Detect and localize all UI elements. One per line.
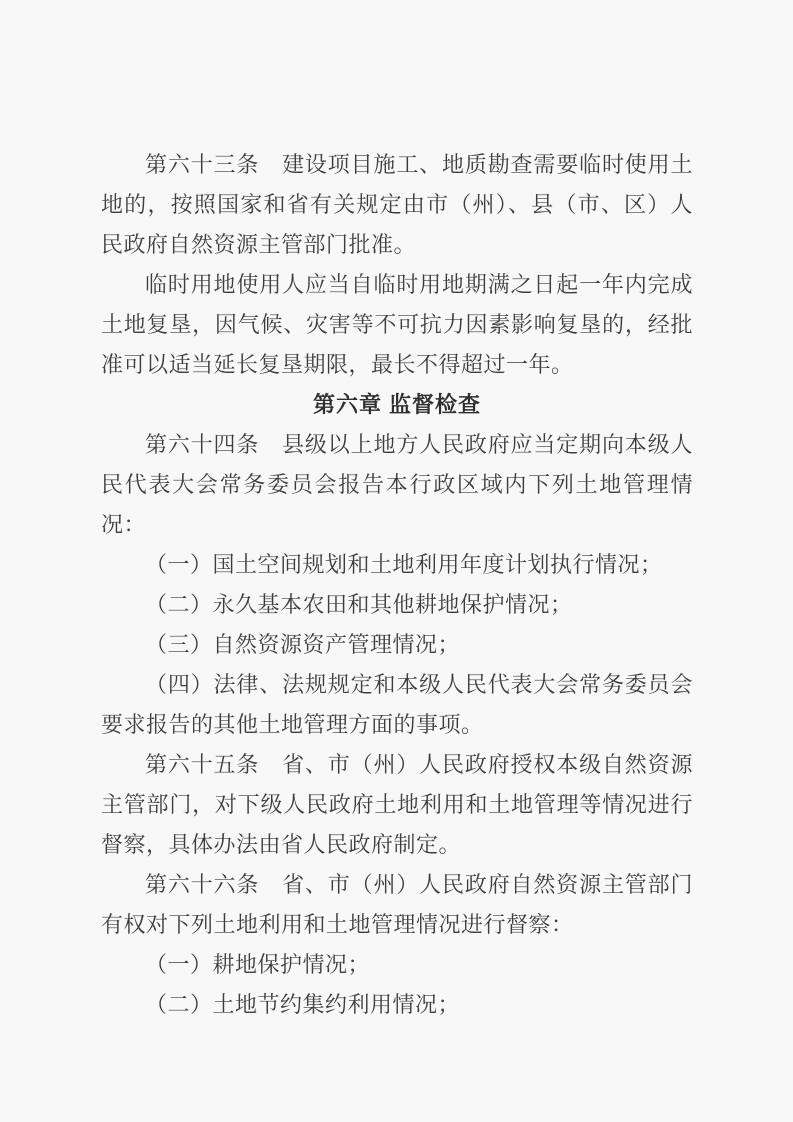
paragraph: （二）永久基本农田和其他耕地保护情况； (101, 585, 693, 625)
paragraph: （三）自然资源资产管理情况； (101, 625, 693, 665)
document-body: 第六十三条 建设项目施工、地质勘查需要临时使用土地的，按照国家和省有关规定由市（… (101, 145, 693, 1025)
chapter-heading: 第六章 监督检查 (101, 385, 693, 425)
paragraph: 第六十六条 省、市（州）人民政府自然资源主管部门有权对下列土地利用和土地管理情况… (101, 865, 693, 945)
paragraph: 第六十五条 省、市（州）人民政府授权本级自然资源主管部门，对下级人民政府土地利用… (101, 745, 693, 865)
paragraph: （二）土地节约集约利用情况； (101, 985, 693, 1025)
paragraph: 临时用地使用人应当自临时用地期满之日起一年内完成土地复垦，因气候、灾害等不可抗力… (101, 265, 693, 385)
paragraph: （一）耕地保护情况； (101, 945, 693, 985)
document-page: 第六十三条 建设项目施工、地质勘查需要临时使用土地的，按照国家和省有关规定由市（… (0, 0, 793, 1122)
paragraph: 第六十三条 建设项目施工、地质勘查需要临时使用土地的，按照国家和省有关规定由市（… (101, 145, 693, 265)
paragraph: （一）国土空间规划和土地利用年度计划执行情况； (101, 545, 693, 585)
paragraph: 第六十四条 县级以上地方人民政府应当定期向本级人民代表大会常务委员会报告本行政区… (101, 425, 693, 545)
paragraph: （四）法律、法规规定和本级人民代表大会常务委员会要求报告的其他土地管理方面的事项… (101, 665, 693, 745)
